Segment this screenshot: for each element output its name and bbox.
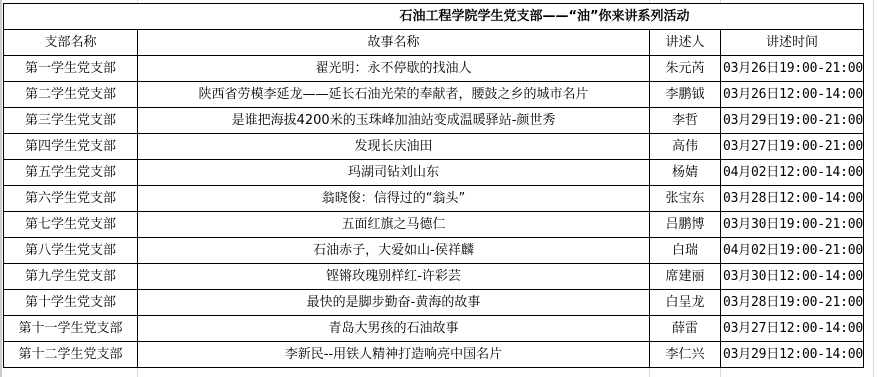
speaker-cell[interactable]: 高伟: [650, 134, 721, 160]
branch-cell[interactable]: 第九学生党支部: [4, 264, 138, 290]
table-row: 第十二学生党支部 李新民--用铁人精神打造响亮中国名片 李仁兴 03月29日12…: [4, 342, 864, 368]
table-row: 第十一学生党支部 青岛大男孩的石油故事 薛雷 03月27日12:00-14:00: [4, 316, 864, 342]
story-cell[interactable]: 李新民--用铁人精神打造响亮中国名片: [138, 342, 650, 368]
time-cell[interactable]: 03月27日19:00-21:00: [721, 134, 864, 160]
speaker-cell[interactable]: 李鹏钺: [650, 82, 721, 108]
header-branch[interactable]: 支部名称: [4, 30, 138, 56]
time-cell[interactable]: 03月29日12:00-14:00: [721, 342, 864, 368]
story-cell[interactable]: 青岛大男孩的石油故事: [138, 316, 650, 342]
time-cell[interactable]: 04月02日19:00-21:00: [721, 238, 864, 264]
table-row: 第四学生党支部 发现长庆油田 高伟 03月27日19:00-21:00: [4, 134, 864, 160]
story-cell[interactable]: 玛湖司钻刘山东: [138, 160, 650, 186]
table-row: 第七学生党支部 五面红旗之马德仁 吕鹏博 03月30日19:00-21:00: [4, 212, 864, 238]
table-row: 第一学生党支部 翟光明：永不停歇的找油人 朱元芮 03月26日19:00-21:…: [4, 56, 864, 82]
header-time[interactable]: 讲述时间: [721, 30, 864, 56]
branch-cell[interactable]: 第四学生党支部: [4, 134, 138, 160]
branch-cell[interactable]: 第十二学生党支部: [4, 342, 138, 368]
speaker-cell[interactable]: 张宝东: [650, 186, 721, 212]
speaker-cell[interactable]: 李哲: [650, 108, 721, 134]
table-row: 第五学生党支部 玛湖司钻刘山东 杨婧 04月02日12:00-14:00: [4, 160, 864, 186]
table-row: 第六学生党支部 翁晓俊：信得过的“翁头” 张宝东 03月28日12:00-14:…: [4, 186, 864, 212]
title-row: 石油工程学院学生党支部——“油”你来讲系列活动: [4, 4, 864, 30]
table-row: 第八学生党支部 石油赤子，大爱如山-侯祥麟 白瑞 04月02日19:00-21:…: [4, 238, 864, 264]
table-row: 第三学生党支部 是谁把海拔4200米的玉珠峰加油站变成温暖驿站-颜世秀 李哲 0…: [4, 108, 864, 134]
branch-cell[interactable]: 第二学生党支部: [4, 82, 138, 108]
time-cell[interactable]: 03月27日12:00-14:00: [721, 316, 864, 342]
time-cell[interactable]: 04月02日12:00-14:00: [721, 160, 864, 186]
time-cell[interactable]: 03月28日12:00-14:00: [721, 186, 864, 212]
time-cell[interactable]: 03月30日19:00-21:00: [721, 212, 864, 238]
story-cell[interactable]: 是谁把海拔4200米的玉珠峰加油站变成温暖驿站-颜世秀: [138, 108, 650, 134]
branch-cell[interactable]: 第十一学生党支部: [4, 316, 138, 342]
speaker-cell[interactable]: 杨婧: [650, 160, 721, 186]
table-row: 第十学生党支部 最快的是脚步勤奋-黄海的故事 白呈龙 03月28日19:00-2…: [4, 290, 864, 316]
branch-cell[interactable]: 第六学生党支部: [4, 186, 138, 212]
branch-cell[interactable]: 第十学生党支部: [4, 290, 138, 316]
speaker-cell[interactable]: 席建丽: [650, 264, 721, 290]
story-cell[interactable]: 最快的是脚步勤奋-黄海的故事: [138, 290, 650, 316]
sheet-left-edge: [0, 0, 2, 377]
table-row: 第九学生党支部 铿锵玫瑰别样红-许彩芸 席建丽 03月30日12:00-14:0…: [4, 264, 864, 290]
time-cell[interactable]: 03月29日19:00-21:00: [721, 108, 864, 134]
story-cell[interactable]: 五面红旗之马德仁: [138, 212, 650, 238]
story-cell[interactable]: 翟光明：永不停歇的找油人: [138, 56, 650, 82]
table-row: 第二学生党支部 陕西省劳模李延龙——延长石油光荣的奉献者，腰鼓之乡的城市名片 李…: [4, 82, 864, 108]
gridline: [873, 0, 874, 377]
branch-cell[interactable]: 第五学生党支部: [4, 160, 138, 186]
story-cell[interactable]: 发现长庆油田: [138, 134, 650, 160]
time-cell[interactable]: 03月26日19:00-21:00: [721, 56, 864, 82]
activity-table: 石油工程学院学生党支部——“油”你来讲系列活动 支部名称 故事名称 讲述人 讲述…: [3, 3, 864, 368]
branch-cell[interactable]: 第七学生党支部: [4, 212, 138, 238]
speaker-cell[interactable]: 白瑞: [650, 238, 721, 264]
time-cell[interactable]: 03月28日19:00-21:00: [721, 290, 864, 316]
time-cell[interactable]: 03月26日12:00-14:00: [721, 82, 864, 108]
story-cell[interactable]: 石油赤子，大爱如山-侯祥麟: [138, 238, 650, 264]
speaker-cell[interactable]: 李仁兴: [650, 342, 721, 368]
speaker-cell[interactable]: 薛雷: [650, 316, 721, 342]
branch-cell[interactable]: 第八学生党支部: [4, 238, 138, 264]
story-cell[interactable]: 翁晓俊：信得过的“翁头”: [138, 186, 650, 212]
time-cell[interactable]: 03月30日12:00-14:00: [721, 264, 864, 290]
header-row: 支部名称 故事名称 讲述人 讲述时间: [4, 30, 864, 56]
speaker-cell[interactable]: 白呈龙: [650, 290, 721, 316]
story-cell[interactable]: 铿锵玫瑰别样红-许彩芸: [138, 264, 650, 290]
story-cell[interactable]: 陕西省劳模李延龙——延长石油光荣的奉献者，腰鼓之乡的城市名片: [138, 82, 650, 108]
speaker-cell[interactable]: 朱元芮: [650, 56, 721, 82]
branch-cell[interactable]: 第一学生党支部: [4, 56, 138, 82]
sheet-title[interactable]: 石油工程学院学生党支部——“油”你来讲系列活动: [4, 4, 864, 30]
branch-cell[interactable]: 第三学生党支部: [4, 108, 138, 134]
header-speaker[interactable]: 讲述人: [650, 30, 721, 56]
header-story[interactable]: 故事名称: [138, 30, 650, 56]
speaker-cell[interactable]: 吕鹏博: [650, 212, 721, 238]
